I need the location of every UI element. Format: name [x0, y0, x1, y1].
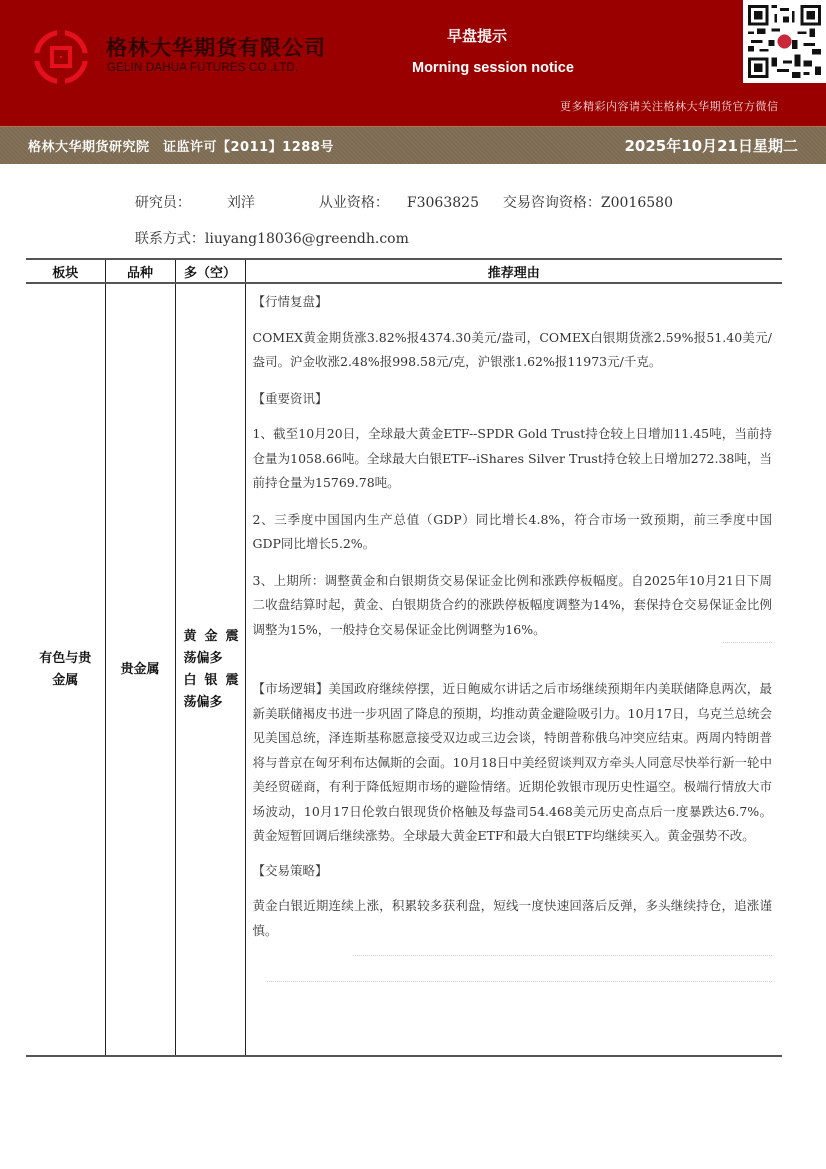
section-title-review: 【行情复盘】	[253, 290, 773, 315]
report-date: 2025年10月21日星期二	[625, 135, 799, 156]
header-sector: 板块	[26, 259, 105, 283]
reason-cell: 【行情复盘】 COMEX黄金期货涨3.82%报4374.30美元/盎司，COME…	[245, 283, 782, 1056]
news-item: 1、截至10月20日，全球最大黄金ETF--SPDR Gold Trust持仓较…	[253, 422, 773, 496]
direction-line: 荡偏多	[184, 648, 239, 670]
wechat-qr-code-icon	[743, 0, 826, 83]
report-title-en: Morning session notice	[412, 60, 574, 76]
header-variety: 品种	[105, 259, 175, 283]
direction-line: 荡偏多	[184, 692, 239, 714]
follow-wechat-text: 更多精彩内容请关注格林大华期货官方微信	[560, 98, 779, 114]
sector-cell: 有色与贵金属	[26, 283, 105, 1056]
section-title-strategy: 【交易策略】	[253, 859, 773, 884]
researcher-label: 研究员：	[135, 192, 227, 212]
contact-label: 联系方式：	[135, 228, 205, 248]
header-reason: 推荐理由	[245, 259, 782, 283]
table-row: 有色与贵金属 贵金属 黄金震 荡偏多 白银震 荡偏多 【行情复盘】 COMEX黄…	[26, 283, 782, 1056]
variety-cell: 贵金属	[105, 283, 175, 1056]
news-item: 3、上期所：调整黄金和白银期货交易保证金比例和涨跌停板幅度。自2025年10月2…	[253, 569, 773, 643]
news-item: 2、三季度中国国内生产总值（GDP）同比增长4.8%，符合市场一致预期，前三季度…	[253, 508, 773, 557]
direction-line: 白银震	[184, 670, 239, 692]
sub-header-bar: 格林大华期货研究院 证监许可【2011】1288号 2025年10月21日星期二	[0, 126, 826, 164]
qualification-number: F3063825	[407, 195, 503, 211]
contact-info: 联系方式：liuyang18036@greendh.com	[126, 212, 409, 248]
header-banner: 格林大华期货有限公司 GELIN DAHUA FUTURES CO.,LTD. …	[0, 0, 826, 126]
researcher-info: 研究员：刘洋从业资格：F3063825交易咨询资格：Z0016580	[126, 176, 673, 212]
strategy-text: 黄金白银近期连续上涨，积累较多获利盘，短线一度快速回落后反弹，多头继续持仓，追涨…	[253, 894, 773, 943]
report-title-cn: 早盘提示	[447, 25, 507, 46]
direction-cell: 黄金震 荡偏多 白银震 荡偏多	[175, 283, 245, 1056]
market-logic-text: 【市场逻辑】美国政府继续停摆，近日鲍威尔讲话之后市场继续预期年内美联储降息两次，…	[253, 677, 773, 849]
advisory-number: Z0016580	[601, 195, 673, 211]
divider	[267, 981, 773, 982]
company-name-en: GELIN DAHUA FUTURES CO.,LTD.	[107, 62, 298, 74]
direction-line: 黄金震	[184, 626, 239, 648]
company-logo-icon	[34, 30, 88, 84]
institute-license: 格林大华期货研究院 证监许可【2011】1288号	[28, 136, 334, 155]
researcher-name: 刘洋	[227, 192, 319, 212]
recommendation-table: 板块 品种 多（空） 推荐理由 有色与贵金属 贵金属 黄金震 荡偏多 白银震 荡…	[26, 258, 782, 1057]
contact-email[interactable]: liuyang18036@greendh.com	[205, 231, 409, 247]
sector-text: 有色与贵金属	[35, 648, 95, 692]
company-name-cn: 格林大华期货有限公司	[106, 32, 326, 62]
section-title-news: 【重要资讯】	[253, 387, 773, 412]
header-direction: 多（空）	[175, 259, 245, 283]
advisory-label: 交易咨询资格：	[503, 192, 601, 212]
qualification-label: 从业资格：	[319, 192, 407, 212]
table-header-row: 板块 品种 多（空） 推荐理由	[26, 259, 782, 283]
review-text: COMEX黄金期货涨3.82%报4374.30美元/盎司，COMEX白银期货涨2…	[253, 326, 773, 375]
